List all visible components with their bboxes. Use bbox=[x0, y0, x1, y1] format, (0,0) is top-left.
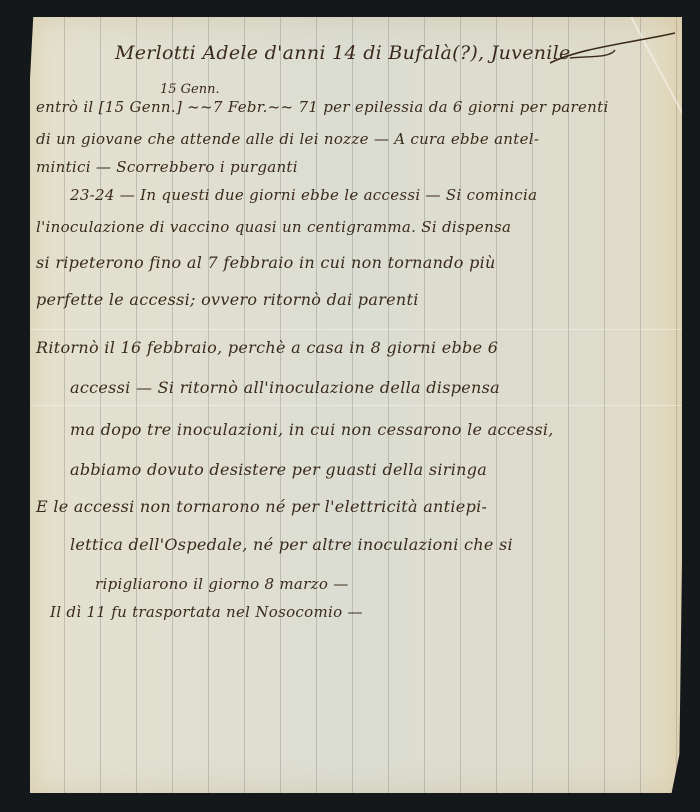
manuscript-line: 23-24 — In questi due giorni ebbe le acc… bbox=[70, 186, 537, 204]
paper-crease bbox=[30, 405, 682, 406]
paper-crease bbox=[30, 329, 682, 330]
manuscript-line: abbiamo dovuto desistere per guasti dell… bbox=[70, 460, 487, 479]
manuscript-line: si ripeterono fino al 7 febbraio in cui … bbox=[36, 253, 496, 272]
manuscript-line: E le accessi non tornarono né per l'elet… bbox=[36, 497, 487, 516]
manuscript-line: accessi — Si ritornò all'inoculazione de… bbox=[70, 378, 500, 397]
insertion-note: 15 Genn. bbox=[160, 82, 220, 97]
manuscript-line: mintici — Scorrebbero i purganti bbox=[36, 158, 298, 176]
manuscript-line: l'inoculazione di vaccino quasi un centi… bbox=[36, 218, 511, 236]
manuscript-line: Merlotti Adele d'anni 14 di Bufalà(?), J… bbox=[115, 42, 571, 64]
manuscript-line: di un giovane che attende alle di lei no… bbox=[36, 130, 539, 148]
manuscript-line: perfette le accessi; ovvero ritornò dai … bbox=[36, 290, 419, 309]
manuscript-line: lettica dell'Ospedale, né per altre inoc… bbox=[70, 535, 513, 554]
manuscript-line: ma dopo tre inoculazioni, in cui non ces… bbox=[70, 420, 554, 439]
manuscript-line: ripigliarono il giorno 8 marzo — bbox=[95, 575, 349, 593]
manuscript-line: entrò il [15 Genn.] ~~7 Febr.~~ 71 per e… bbox=[36, 98, 609, 116]
manuscript-line: Il dì 11 fu trasportata nel Nosocomio — bbox=[50, 603, 363, 621]
manuscript-line: Ritornò il 16 febbraio, perchè a casa in… bbox=[36, 338, 498, 357]
